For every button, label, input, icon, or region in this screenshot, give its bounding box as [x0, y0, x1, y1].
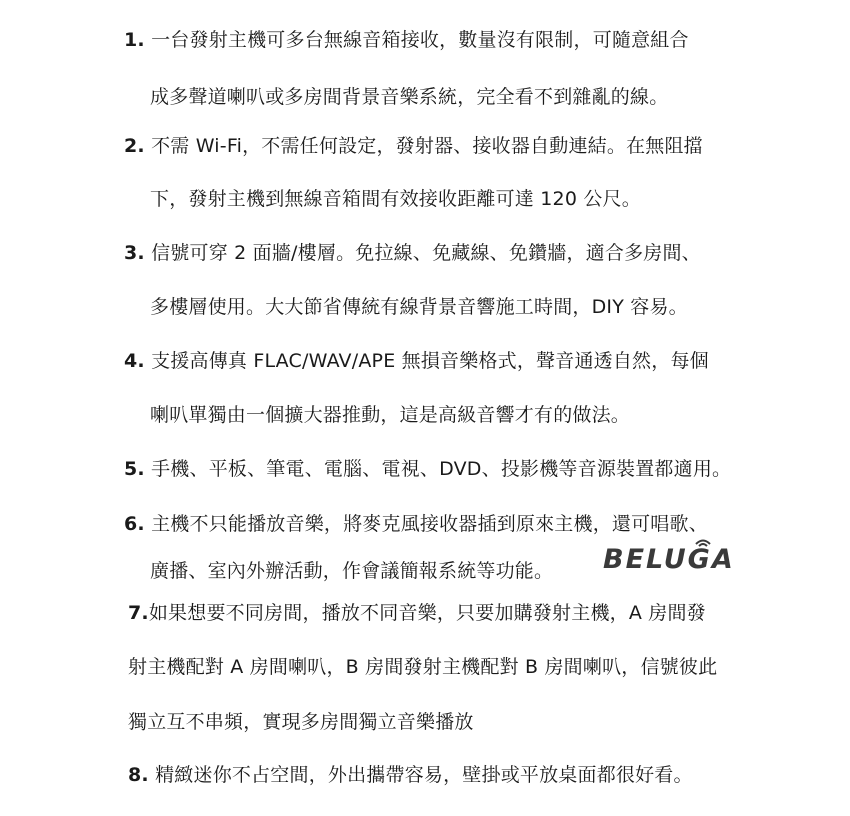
feature-item-3-line-1: 3. 信號可穿 2 面牆/樓層。免拉線、免藏線、免鑽牆，適合多房間、 [124, 241, 701, 265]
feature-item-8-line-1: 8. 精緻迷你不占空間，外出攜帶容易，壁掛或平放桌面都很好看。 [128, 763, 693, 787]
feature-item-7-line-2: 射主機配對 A 房間喇叭，B 房間發射主機配對 B 房間喇叭，信號彼此 [128, 655, 717, 679]
item-text: 不需 Wi-Fi，不需任何設定，發射器、接收器自動連結。在無阻擋 [151, 135, 703, 157]
item-number: 6. [124, 513, 145, 535]
feature-item-1-line-1: 1. 一台發射主機可多台無線音箱接收，數量沒有限制，可隨意組合 [124, 28, 689, 52]
item-number: 3. [124, 242, 145, 264]
beluga-logo: BELUGA [603, 545, 743, 575]
feature-item-6-line-2: 廣播、室內外辦活動，作會議簡報系統等功能。 [150, 559, 553, 583]
item-text: 手機、平板、筆電、電腦、電視、DVD、投影機等音源裝置都適用。 [151, 458, 731, 480]
feature-item-7-line-3: 獨立互不串頻，實現多房間獨立音樂播放 [128, 710, 474, 734]
item-number: 1. [124, 29, 145, 51]
item-text: 支援高傳真 FLAC/WAV/APE 無損音樂格式，聲音通透自然，每個 [151, 350, 709, 372]
item-text: 一台發射主機可多台無線音箱接收，數量沒有限制，可隨意組合 [151, 29, 689, 51]
feature-item-5-line-1: 5. 手機、平板、筆電、電腦、電視、DVD、投影機等音源裝置都適用。 [124, 457, 731, 481]
feature-item-2-line-2: 下，發射主機到無線音箱間有效接收距離可達 120 公尺。 [150, 187, 641, 211]
item-number: 5. [124, 458, 145, 480]
logo-text: BELUGA [603, 545, 735, 575]
feature-item-4-line-2: 喇叭單獨由一個擴大器推動，這是高級音響才有的做法。 [150, 403, 630, 427]
item-text: 精緻迷你不占空間，外出攜帶容易，壁掛或平放桌面都很好看。 [155, 764, 693, 786]
item-text: 如果想要不同房間，播放不同音樂，只要加購發射主機，A 房間發 [149, 602, 706, 624]
item-text: 信號可穿 2 面牆/樓層。免拉線、免藏線、免鑽牆，適合多房間、 [151, 242, 701, 264]
feature-item-3-line-2: 多樓層使用。大大節省傳統有線背景音響施工時間，DIY 容易。 [150, 295, 688, 319]
feature-item-6-line-1: 6. 主機不只能播放音樂，將麥克風接收器插到原來主機，還可唱歌、 [124, 512, 708, 536]
item-text: 主機不只能播放音樂，將麥克風接收器插到原來主機，還可唱歌、 [151, 513, 708, 535]
item-number: 2. [124, 135, 145, 157]
feature-item-7-line-1: 7.如果想要不同房間，播放不同音樂，只要加購發射主機，A 房間發 [128, 601, 706, 625]
feature-item-1-line-2: 成多聲道喇叭或多房間背景音樂系統，完全看不到雜亂的線。 [150, 85, 668, 109]
item-number: 7. [128, 602, 149, 624]
wifi-signal-icon [695, 538, 711, 548]
item-number: 4. [124, 350, 145, 372]
feature-item-4-line-1: 4. 支援高傳真 FLAC/WAV/APE 無損音樂格式，聲音通透自然，每個 [124, 349, 709, 373]
item-number: 8. [128, 764, 149, 786]
feature-item-2-line-1: 2. 不需 Wi-Fi，不需任何設定，發射器、接收器自動連結。在無阻擋 [124, 134, 703, 158]
